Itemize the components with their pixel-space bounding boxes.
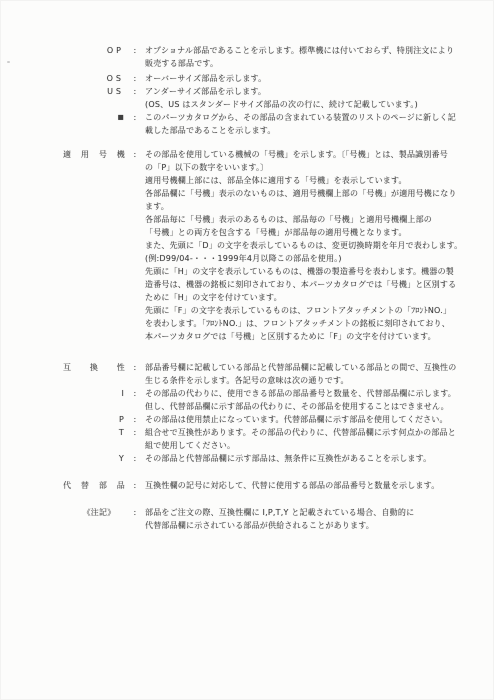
code-text-p: その部品は使用禁止になっています。代替部品欄に示す部品を使用してください。 xyxy=(145,413,484,426)
section-text-alternative-parts: 互換性欄の記号に対応して、代替に使用する部品の部品番号と数量を示します。 xyxy=(145,479,484,492)
section-term-interchangeability: 互換性 xyxy=(63,361,125,374)
legend-symbol-op: OP xyxy=(63,44,125,57)
legend-entry-new-part: ■ : このパーツカタログから、その部品の含まれている装置のリストのページに新し… xyxy=(63,111,484,137)
legend-symbol-us: US xyxy=(63,85,125,98)
code-symbol-p: P xyxy=(63,413,125,426)
code-text-i: その部品の代わりに、使用できる部品の部品番号と数量を、代替部品欄に示します。 但… xyxy=(145,387,484,413)
scanned-document-page: OP : オプショナル部品であることを示します。標準機には付いておらず、特別注文… xyxy=(0,0,494,700)
legend-symbol-os: OS xyxy=(63,72,125,85)
legend-entry-os: OS : オーバーサイズ部品を示します。 xyxy=(63,72,484,85)
colon-separator: : xyxy=(125,506,145,519)
section-note: 《注記》 : 部品をご注文の際、互換性欄に I,P,T,Y と記載されている場合… xyxy=(63,506,484,532)
section-text-note: 部品をご注文の際、互換性欄に I,P,T,Y と記載されている場合、自動的に 代… xyxy=(145,506,484,532)
legend-text-op: オプショナル部品であることを示します。標準機には付いておらず、特別注文により 販… xyxy=(145,44,484,70)
legend-entry-us: US : アンダーサイズ部品を示します。 (OS、US はスタンダードサイズ部品… xyxy=(63,85,484,111)
code-symbol-y: Y xyxy=(63,452,125,465)
document-body: OP : オプショナル部品であることを示します。標準機には付いておらず、特別注文… xyxy=(0,0,494,532)
section-term-alternative-parts: 代替部品 xyxy=(63,479,125,492)
section-term-applicable-serial: 適用号機 xyxy=(63,148,125,161)
colon-separator: : xyxy=(125,387,145,400)
code-entry-p: P : その部品は使用禁止になっています。代替部品欄に示す部品を使用してください… xyxy=(63,413,484,426)
code-text-y: その部品と代替部品欄に示す部品は、無条件に互換性があることを示します。 xyxy=(145,452,484,465)
legend-text-us: アンダーサイズ部品を示します。 (OS、US はスタンダードサイズ部品の次の行に… xyxy=(145,85,484,111)
colon-separator: : xyxy=(125,44,145,57)
colon-separator: : xyxy=(125,452,145,465)
section-alternative-parts: 代替部品 : 互換性欄の記号に対応して、代替に使用する部品の部品番号と数量を示し… xyxy=(63,479,484,492)
scan-speck xyxy=(7,61,10,63)
code-symbol-t: T xyxy=(63,426,125,439)
code-entry-y: Y : その部品と代替部品欄に示す部品は、無条件に互換性があることを示します。 xyxy=(63,452,484,465)
colon-separator: : xyxy=(125,148,145,161)
section-applicable-serial: 適用号機 : その部品を使用している機械の「号機」を示します。〔「号機」とは、製… xyxy=(63,148,484,343)
code-text-t: 組合せで互換性があります。その部品の代わりに、代替部品欄に示す何点かの部品と 組… xyxy=(145,426,484,452)
colon-separator: : xyxy=(125,111,145,124)
legend-entry-op: OP : オプショナル部品であることを示します。標準機には付いておらず、特別注文… xyxy=(63,44,484,70)
code-entry-i: I : その部品の代わりに、使用できる部品の部品番号と数量を、代替部品欄に示しま… xyxy=(63,387,484,413)
colon-separator: : xyxy=(125,413,145,426)
code-symbol-i: I xyxy=(63,387,125,400)
section-term-note: 《注記》 xyxy=(63,506,125,519)
section-interchangeability: 互換性 : 部品番号欄に記載している部品と代替部品欄に記載している部品との間で、… xyxy=(63,361,484,387)
section-text-interchangeability: 部品番号欄に記載している部品と代替部品欄に記載している部品との間で、互換性の 生… xyxy=(145,361,484,387)
code-entry-t: T : 組合せで互換性があります。その部品の代わりに、代替部品欄に示す何点かの部… xyxy=(63,426,484,452)
colon-separator: : xyxy=(125,426,145,439)
section-text-applicable-serial: その部品を使用している機械の「号機」を示します。〔「号機」とは、製品識別番号 の… xyxy=(145,148,484,343)
new-part-square-icon: ■ xyxy=(63,111,125,124)
colon-separator: : xyxy=(125,85,145,98)
colon-separator: : xyxy=(125,72,145,85)
legend-text-new-part: このパーツカタログから、その部品の含まれている装置のリストのページに新しく記 載… xyxy=(145,111,484,137)
colon-separator: : xyxy=(125,479,145,492)
colon-separator: : xyxy=(125,361,145,374)
legend-text-os: オーバーサイズ部品を示します。 xyxy=(145,72,484,85)
